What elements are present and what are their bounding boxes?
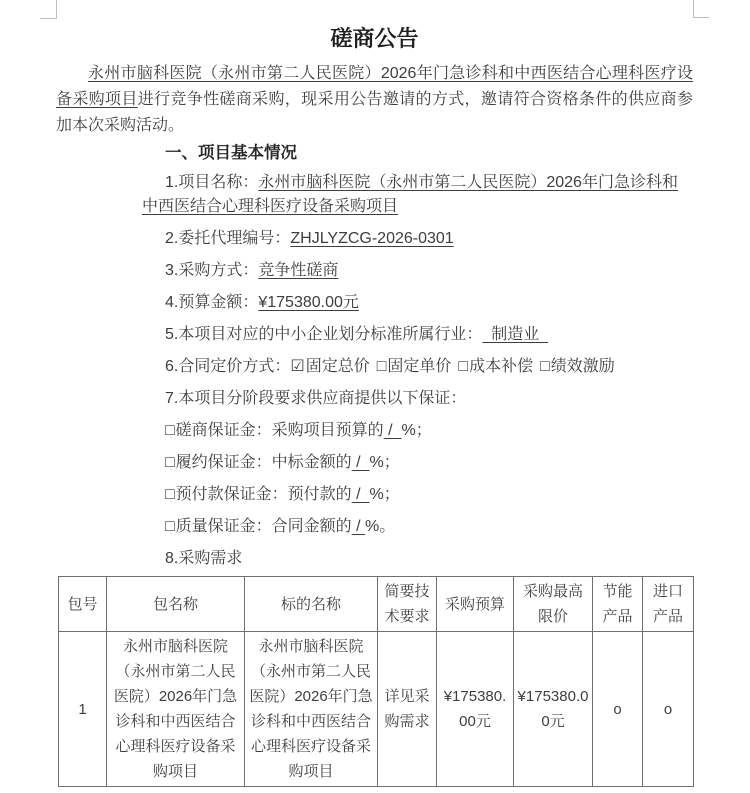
pricing-option-label: 绩效激励 — [551, 358, 615, 375]
margin-corner-mark-left — [40, 0, 57, 19]
header-imported: 进口产品 — [643, 577, 694, 632]
header-max-price: 采购最高限价 — [514, 577, 593, 632]
guarantee-suffix: %； — [369, 486, 399, 503]
blank-underline: / — [352, 486, 370, 503]
guarantee-line-performance: □履约保证金：中标金额的 / %； — [142, 451, 693, 475]
margin-corner-mark-right — [693, 0, 709, 18]
checkbox-checked-icon: ☑ — [290, 358, 304, 375]
item-industry: 5.本项目对应的中小企业划分标准所属行业： 制造业 — [142, 323, 693, 347]
item-project-name-label: 1.项目名称： — [165, 174, 258, 191]
header-subject-name: 标的名称 — [245, 577, 378, 632]
intro-paragraph: 永州市脑科医院（永州市第二人民医院）2026年门急诊科和中西医结合心理科医疗设备… — [56, 61, 693, 139]
cell-tech-requirements: 详见采购需求 — [378, 632, 437, 787]
checkbox-unchecked-icon: □ — [165, 486, 175, 503]
announcement-document: 磋商公告 永州市脑科医院（永州市第二人民医院）2026年门急诊科和中西医结合心理… — [56, 19, 693, 787]
guarantee-suffix: %。 — [365, 518, 395, 535]
guarantee-label: 履约保证金：中标金额的 — [176, 454, 352, 471]
checkbox-unchecked-icon: □ — [165, 454, 175, 471]
pricing-option-label: 成本补偿 — [469, 358, 533, 375]
item-agency-code-value: ZHJLYZCG-2026-0301 — [290, 230, 453, 247]
pricing-option-cost-compensation: □成本补偿 — [458, 358, 533, 375]
header-tech-requirements: 简要技术要求 — [378, 577, 437, 632]
blank-underline: / — [352, 454, 370, 471]
guarantee-label: 磋商保证金：采购项目预算的 — [176, 422, 384, 439]
item-budget-amount: 4.预算金额：¥175380.00元 — [142, 291, 693, 315]
item-project-name: 1.项目名称：永州市脑科医院（永州市第二人民医院）2026年门急诊科和中西医结合… — [142, 171, 693, 219]
guarantee-suffix: %； — [401, 422, 431, 439]
cell-energy-saving: o — [593, 632, 643, 787]
header-budget: 采购预算 — [437, 577, 514, 632]
cell-imported: o — [643, 632, 694, 787]
item-guarantee-intro: 7.本项目分阶段要求供应商提供以下保证： — [142, 387, 693, 411]
item-procurement-requirements: 8.采购需求 — [142, 547, 693, 571]
guarantee-line-quality: □质量保证金：合同金额的 / %。 — [142, 515, 693, 539]
checkbox-unchecked-icon: □ — [165, 422, 175, 439]
pricing-option-label: 固定单价 — [387, 358, 451, 375]
item-contract-pricing-label: 6.合同定价方式： — [165, 358, 290, 375]
pricing-option-performance-incentive: □绩效激励 — [540, 358, 615, 375]
guarantee-line-consultation: □磋商保证金：采购项目预算的 / %； — [142, 419, 693, 443]
header-package-name: 包名称 — [107, 577, 245, 632]
section-heading: 一、项目基本情况 — [142, 141, 693, 165]
item-budget-amount-label: 4.预算金额： — [165, 294, 258, 311]
header-energy-saving: 节能产品 — [593, 577, 643, 632]
pricing-option-fixed-unit: □固定单价 — [377, 358, 452, 375]
item-procurement-method: 3.采购方式：竞争性磋商 — [142, 259, 693, 283]
item-industry-value: 制造业 — [482, 326, 548, 343]
guarantee-label: 质量保证金：合同金额的 — [176, 518, 352, 535]
cell-max-price: ¥175380.00元 — [514, 632, 593, 787]
intro-rest: 进行竞争性磋商采购，现采用公告邀请的方式，邀请符合资格条件的供应商参加本次采购活… — [56, 91, 693, 134]
table-row: 1 永州市脑科医院（永州市第二人民医院）2026年门急诊科和中西医结合心理科医疗… — [59, 632, 694, 787]
checkbox-unchecked-icon: □ — [540, 358, 550, 375]
table-header-row: 包号 包名称 标的名称 简要技术要求 采购预算 采购最高限价 节能产品 进口产品 — [59, 577, 694, 632]
checkbox-unchecked-icon: □ — [377, 358, 387, 375]
cell-package-name: 永州市脑科医院（永州市第二人民医院）2026年门急诊科和中西医结合心理科医疗设备… — [107, 632, 245, 787]
doc-title: 磋商公告 — [56, 25, 693, 53]
item-industry-label: 5.本项目对应的中小企业划分标准所属行业： — [165, 326, 482, 343]
cell-subject-name: 永州市脑科医院（永州市第二人民医院）2026年门急诊科和中西医结合心理科医疗设备… — [245, 632, 378, 787]
item-procurement-method-value: 竞争性磋商 — [258, 262, 338, 279]
cell-package-no: 1 — [59, 632, 107, 787]
procurement-requirements-table: 包号 包名称 标的名称 简要技术要求 采购预算 采购最高限价 节能产品 进口产品… — [58, 576, 694, 787]
checkbox-unchecked-icon: □ — [165, 518, 175, 535]
header-package-no: 包号 — [59, 577, 107, 632]
blank-underline: / — [384, 422, 402, 439]
item-agency-code: 2.委托代理编号：ZHJLYZCG-2026-0301 — [142, 227, 693, 251]
cell-budget: ¥175380.00元 — [437, 632, 514, 787]
item-budget-amount-value: ¥175380.00元 — [258, 294, 359, 311]
guarantee-line-advance-payment: □预付款保证金：预付款的 / %； — [142, 483, 693, 507]
checkbox-unchecked-icon: □ — [458, 358, 468, 375]
guarantee-label: 预付款保证金：预付款的 — [176, 486, 352, 503]
guarantee-suffix: %； — [369, 454, 399, 471]
item-procurement-method-label: 3.采购方式： — [165, 262, 258, 279]
item-contract-pricing: 6.合同定价方式：☑固定总价□固定单价□成本补偿□绩效激励 — [142, 355, 693, 379]
pricing-option-label: 固定总价 — [306, 358, 370, 375]
blank-underline: / — [352, 518, 365, 535]
item-agency-code-label: 2.委托代理编号： — [165, 230, 290, 247]
pricing-option-fixed-total: ☑固定总价 — [290, 358, 369, 375]
